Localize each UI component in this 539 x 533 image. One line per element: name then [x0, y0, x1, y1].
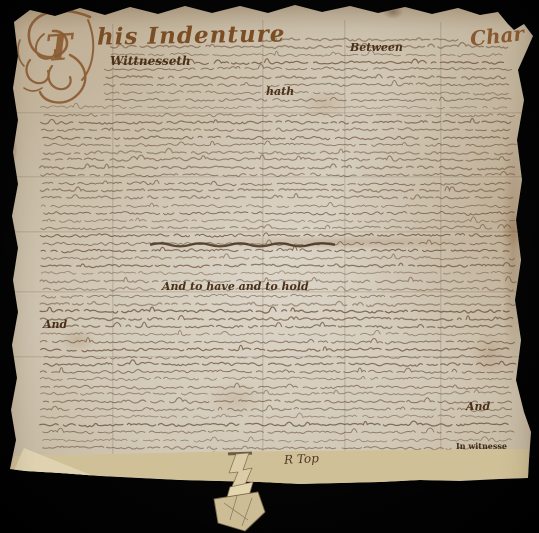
- stain: [140, 232, 530, 252]
- handwriting-lines: [0, 0, 539, 533]
- fold-crease: [344, 20, 347, 472]
- stain: [190, 372, 280, 426]
- stain: [498, 60, 528, 440]
- flourished-initial-decoration: [0, 0, 539, 533]
- keyword-in-witness: In witnesse: [456, 442, 507, 450]
- fold-crease: [12, 231, 524, 234]
- edge-vignette: [0, 0, 539, 533]
- stain: [462, 322, 518, 386]
- stain: [496, 205, 532, 257]
- fold-crease: [262, 20, 265, 470]
- keyword-and-right: And: [466, 401, 490, 412]
- stain: [290, 82, 360, 126]
- fold-crease: [12, 176, 524, 179]
- fold-crease: [12, 112, 527, 115]
- seal-tag-slit: [228, 452, 252, 456]
- keyword-hath: hath: [266, 86, 294, 97]
- docket-mark: R Top: [284, 451, 320, 467]
- fold-crease: [12, 356, 524, 359]
- regnal-year-corner: Char: [469, 23, 525, 49]
- bottom-left-corner-fold: [0, 0, 539, 533]
- plica-fold-strip: [0, 0, 539, 533]
- document-title: his Indenture: [97, 22, 286, 48]
- keyword-between: Between: [350, 42, 403, 53]
- keyword-witnesseth: Wittnesseth: [110, 55, 191, 67]
- fold-crease: [440, 22, 443, 470]
- keyword-habendum: And to have and to hold: [162, 281, 309, 292]
- stain: [378, 2, 408, 22]
- parchment-sheet: T his Indenture Char Between Wittnesseth…: [0, 0, 539, 533]
- fold-crease: [112, 24, 115, 470]
- initial-letter: T: [45, 29, 74, 67]
- keyword-and-left: And: [43, 319, 67, 330]
- photograph-of-indenture: T his Indenture Char Between Wittnesseth…: [0, 0, 539, 533]
- stain: [0, 126, 22, 174]
